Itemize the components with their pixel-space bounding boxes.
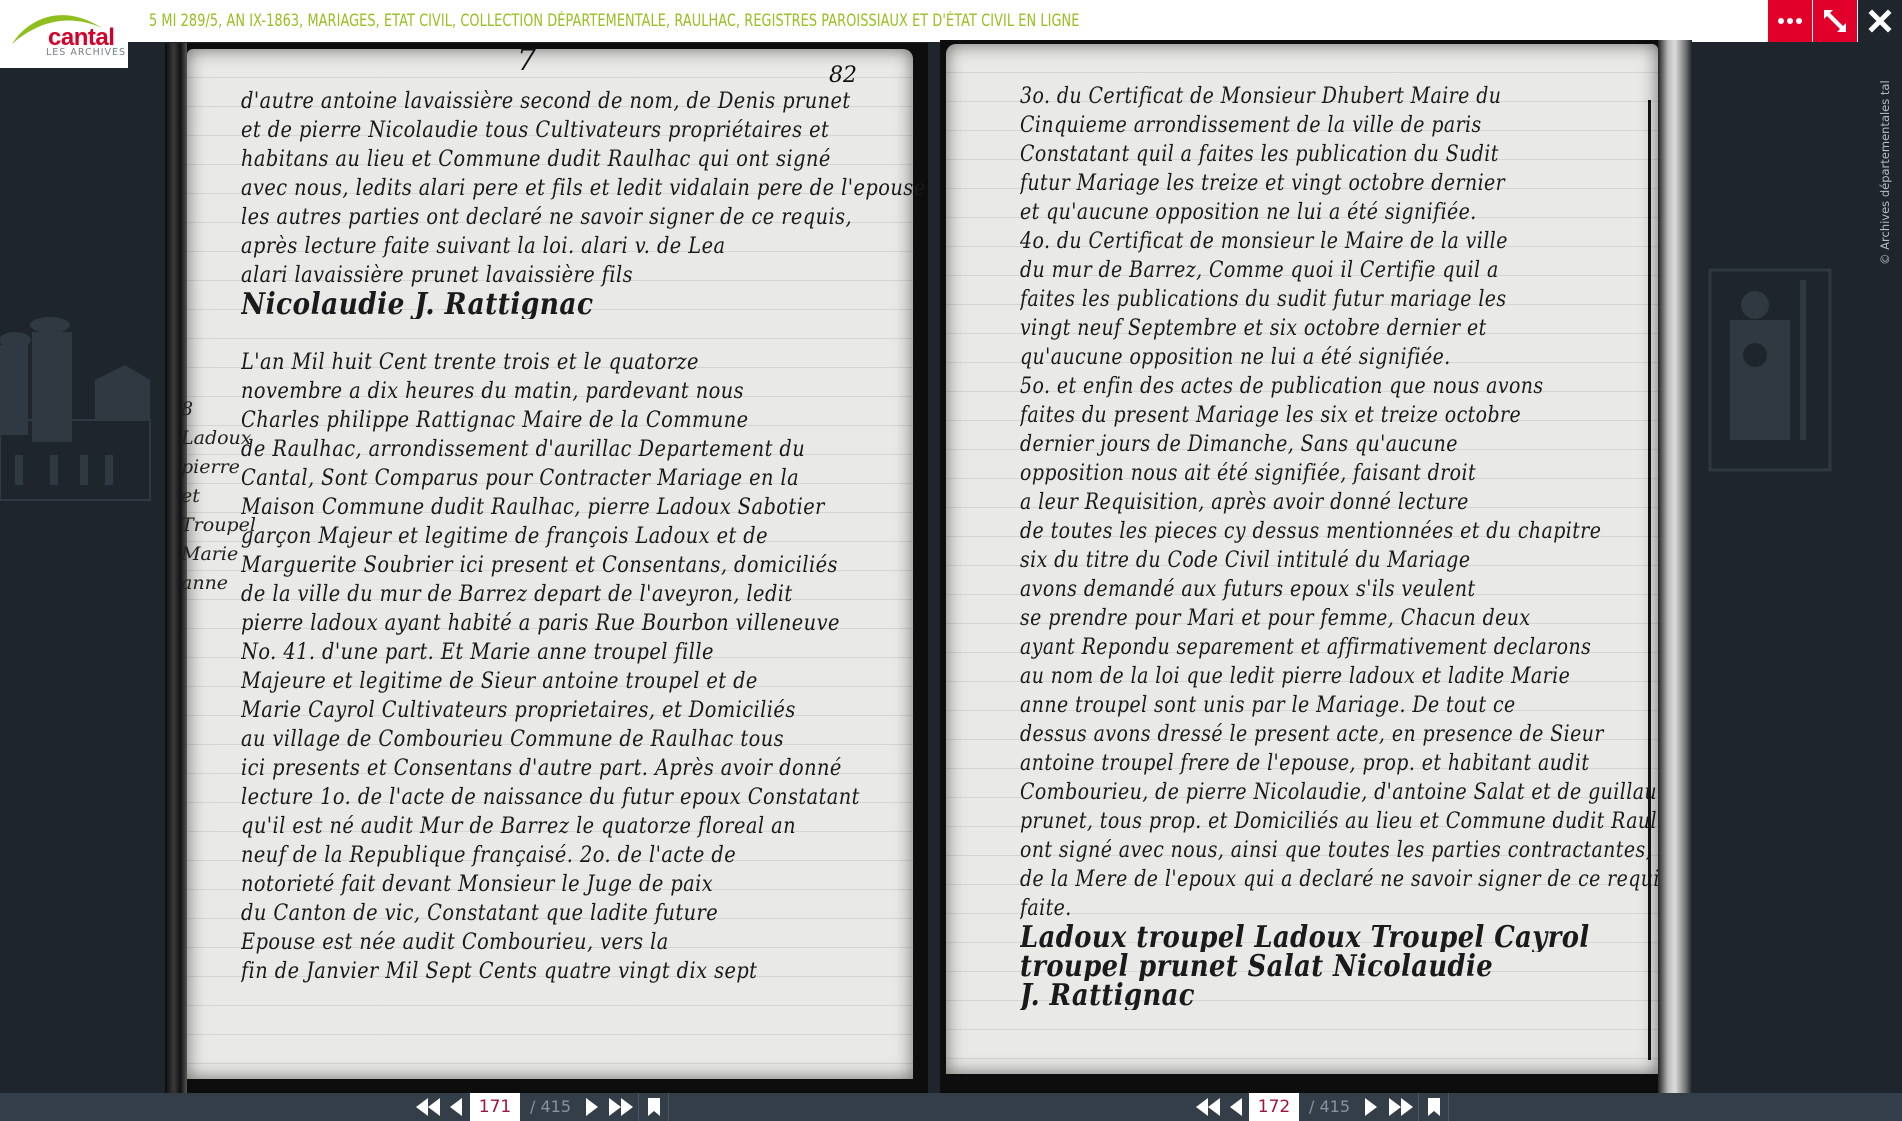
handwritten-line: Epouse est née audit Combourieu, vers la [241,928,926,957]
handwritten-line: anne troupel sont unis par le Mariage. D… [1020,691,1692,720]
chevron-left-icon [1230,1098,1242,1116]
close-button[interactable] [1858,0,1902,42]
previous-page-button[interactable] [1226,1093,1246,1121]
more-options-button[interactable] [1768,0,1812,42]
first-page-button[interactable] [1194,1093,1222,1121]
signature-line: Ladoux troupel Ladoux Troupel Cayrol [1020,923,1692,952]
signature-line: troupel prunet Salat Nicolaudie [1020,952,1692,981]
document-title: 5 MI 289/5, AN IX-1863, MARIAGES, ETAT C… [149,10,1079,32]
handwritten-line: les autres parties ont declaré ne savoir… [241,203,926,232]
handwritten-line: notorieté fait devant Monsieur le Juge d… [241,870,926,899]
handwritten-line: de Raulhac, arrondissement d'aurillac De… [241,435,926,464]
toolbar-separator [1418,1093,1419,1121]
handwritten-line: qu'aucune opposition ne lui a été signif… [1020,343,1692,372]
handwritten-line: faite. [1020,894,1692,923]
handwritten-line: lecture 1o. de l'acte de naissance du fu… [241,783,926,812]
right-page-paper: 3o. du Certificat de Monsieur Dhubert Ma… [946,44,1658,1074]
handwritten-line: antoine troupel frere de l'epouse, prop.… [1020,749,1692,778]
right-page-navigator: / 415 [0,1093,1902,1121]
handwritten-line: dernier jours de Dimanche, Sans qu'aucun… [1020,430,1692,459]
handwritten-line: 3o. du Certificat de Monsieur Dhubert Ma… [1020,82,1692,111]
handwritten-line: avec nous, ledits alari pere et fils et … [241,174,926,203]
handwritten-line: garçon Majeur et legitime de françois La… [241,522,926,551]
signature-line: alari lavaissière prunet lavaissière fil… [241,261,926,290]
handwritten-line: qu'il est né audit Mur de Barrez le quat… [241,812,926,841]
handwritten-line: de la ville du mur de Barrez depart de l… [241,580,926,609]
handwritten-line: et de pierre Nicolaudie tous Cultivateur… [241,116,926,145]
cantal-archives-logo[interactable]: cantal LES ARCHIVES [0,0,128,68]
handwritten-line: au village de Combourieu Commune de Raul… [241,725,926,754]
expand-arrows-icon [1822,8,1848,34]
handwritten-line: d'autre antoine lavaissière second de no… [241,87,926,116]
logo-subtitle: LES ARCHIVES [46,47,126,58]
left-page-handwriting: d'autre antoine lavaissière second de no… [241,87,926,986]
ellipsis-icon [1778,18,1802,24]
right-page-scan[interactable]: 3o. du Certificat de Monsieur Dhubert Ma… [940,40,1692,1093]
handwritten-line: novembre a dix heures du matin, pardevan… [241,377,926,406]
handwritten-line: Combourieu, de pierre Nicolaudie, d'anto… [1020,778,1692,807]
chevron-right-icon [1365,1098,1377,1116]
close-icon [1868,9,1892,33]
bottom-toolbar: / 415 / 415 [0,1093,1902,1121]
header-bar: 5 MI 289/5, AN IX-1863, MARIAGES, ETAT C… [0,0,1902,42]
handwritten-line: a leur Requisition, après avoir donné le… [1020,488,1692,517]
bookmark-button[interactable] [1423,1093,1445,1121]
handwritten-line: Cantal, Sont Comparus pour Contracter Ma… [241,464,926,493]
toolbar-separator [1448,1093,1449,1121]
handwritten-line: pierre ladoux ayant habité a paris Rue B… [241,609,926,638]
handwritten-line: et qu'aucune opposition ne lui a été sig… [1020,198,1692,227]
corner-mark: 82 [829,63,857,88]
left-page-scan[interactable]: 7 82 8 Ladoux pierre et Troupel Marie an… [165,43,928,1093]
handwritten-line: dessus avons dressé le present acte, en … [1020,720,1692,749]
handwritten-line: 4o. du Certificat de monsieur le Maire d… [1020,227,1692,256]
handwritten-line: Marie Cayrol Cultivateurs proprietaires,… [241,696,926,725]
handwritten-line: Cinquieme arrondissement de la ville de … [1020,111,1692,140]
handwritten-line: se prendre pour Mari et pour femme, Chac… [1020,604,1692,633]
left-page-paper: 7 82 8 Ladoux pierre et Troupel Marie an… [187,49,913,1079]
handwritten-line: opposition nous ait été signifiée, faisa… [1020,459,1692,488]
handwritten-line: ont signé avec nous, ainsi que toutes le… [1020,836,1692,865]
handwritten-line: de toutes les pieces cy dessus mentionné… [1020,517,1692,546]
copyright-notice: © Archives départementales tal [1878,80,1892,265]
background-illustration-left [0,270,160,510]
handwritten-line: Marguerite Soubrier ici present et Conse… [241,551,926,580]
handwritten-line: fin de Janvier Mil Sept Cents quatre vin… [241,957,926,986]
handwritten-line: six du titre du Code Civil intitulé du M… [1020,546,1692,575]
handwritten-line: Maison Commune dudit Raulhac, pierre Lad… [241,493,926,522]
handwritten-line: Constatant quil a faites les publication… [1020,140,1692,169]
right-page-handwriting: 3o. du Certificat de Monsieur Dhubert Ma… [1020,82,1692,1010]
handwritten-line [241,319,926,348]
signature-line: J. Rattignac [1020,981,1692,1010]
last-page-button[interactable] [1387,1093,1415,1121]
page-margin-rule [1648,100,1651,1060]
double-chevron-left-icon [1196,1098,1220,1116]
handwritten-line: ayant Repondu separement et affirmativem… [1020,633,1692,662]
handwritten-line: vingt neuf Septembre et six octobre dern… [1020,314,1692,343]
handwritten-line: Charles philippe Rattignac Maire de la C… [241,406,926,435]
handwritten-line: avons demandé aux futurs epoux s'ils veu… [1020,575,1692,604]
next-page-button[interactable] [1361,1093,1381,1121]
handwritten-line: No. 41. d'une part. Et Marie anne troupe… [241,638,926,667]
handwritten-line: au nom de la loi que ledit pierre ladoux… [1020,662,1692,691]
handwritten-line: après lecture faite suivant la loi. alar… [241,232,926,261]
handwritten-line: faites du present Mariage les six et tre… [1020,401,1692,430]
handwritten-line: Majeure et legitime de Sieur antoine tro… [241,667,926,696]
page-total: / 415 [1309,1097,1350,1116]
bookmark-icon [1428,1098,1440,1116]
handwritten-line: futur Mariage les treize et vingt octobr… [1020,169,1692,198]
double-chevron-right-icon [1389,1098,1413,1116]
handwritten-line: L'an Mil huit Cent trente trois et le qu… [241,348,926,377]
handwritten-line: faites les publications du sudit futur m… [1020,285,1692,314]
handwritten-line: prunet, tous prop. et Domiciliés au lieu… [1020,807,1692,836]
handwritten-line: habitans au lieu et Commune dudit Raulha… [241,145,926,174]
handwritten-line: neuf de la Republique françaisé. 2o. de … [241,841,926,870]
folio-number: 7 [517,43,536,78]
signature-line: Nicolaudie J. Rattignac [241,290,926,319]
fullscreen-button[interactable] [1813,0,1857,42]
page-edge [1658,40,1692,1093]
background-illustration-right [1700,250,1850,490]
page-number-input[interactable] [1249,1093,1299,1121]
handwritten-line: du mur de Barrez, Comme quoi il Certifie… [1020,256,1692,285]
handwritten-line: ici presents et Consentans d'autre part.… [241,754,926,783]
handwritten-line: du Canton de vic, Constatant que ladite … [241,899,926,928]
handwritten-line: 5o. et enfin des actes de publication qu… [1020,372,1692,401]
handwritten-line: de la Mere de l'epoux qui a declaré ne s… [1020,865,1692,894]
